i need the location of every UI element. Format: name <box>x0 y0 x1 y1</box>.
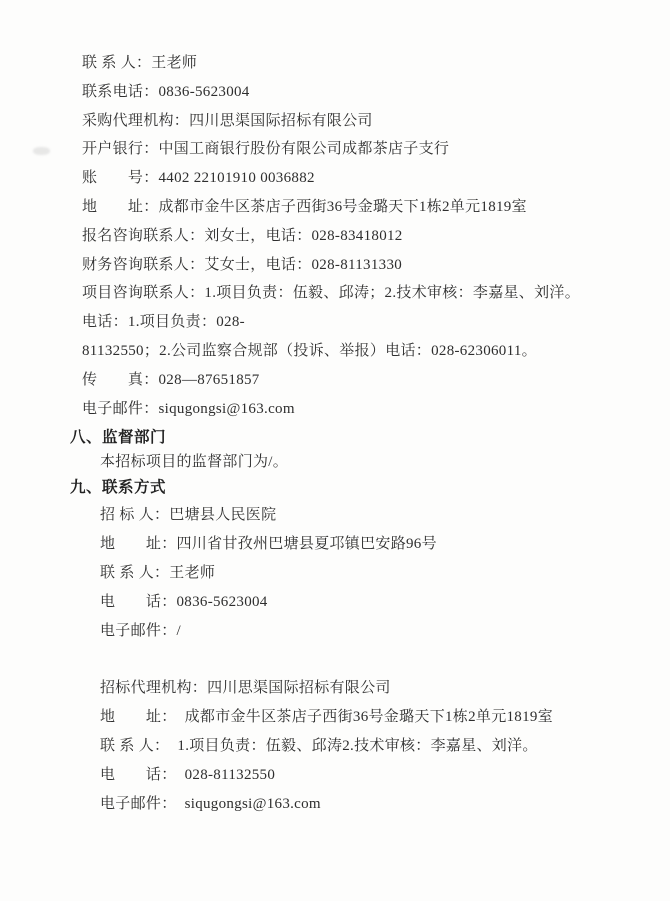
section-contact-heading: 九、联系方式 <box>70 478 166 498</box>
purchaser-agency-contact-block: 联 系 人：王老师 联系电话：0836-5623004 采购代理机构：四川思渠国… <box>82 49 580 423</box>
line-account-number: 账 号：4402 22101910 0036882 <box>82 164 580 193</box>
bidding-agency-contact-block: 招标代理机构：四川思渠国际招标有限公司 地 址： 成都市金牛区茶店子西街36号金… <box>100 674 553 819</box>
line-tenderer-name: 招 标 人：巴塘县人民医院 <box>100 501 437 530</box>
line-finance-contact: 财务咨询联系人：艾女士，电话：028-81131330 <box>82 251 580 280</box>
line-agency-name: 招标代理机构：四川思渠国际招标有限公司 <box>100 674 553 703</box>
line-phone-part2: 81132550；2.公司监察合规部（投诉、举报）电话：028-62306011… <box>82 337 580 366</box>
section-supervision-heading: 八、监督部门 <box>70 428 166 448</box>
line-phone-part1: 电话：1.项目负责：028- <box>82 308 580 337</box>
line-registration-contact: 报名咨询联系人：刘女士，电话：028-83418012 <box>82 222 580 251</box>
line-agency-address: 地 址： 成都市金牛区茶店子西街36号金璐天下1栋2单元1819室 <box>100 703 553 732</box>
line-project-contact: 项目咨询联系人：1.项目负责：伍毅、邱涛；2.技术审核：李嘉星、刘洋。 <box>82 279 580 308</box>
line-fax: 传 真：028—87651857 <box>82 366 580 395</box>
line-tenderer-phone: 电 话：0836-5623004 <box>100 588 437 617</box>
line-tenderer-address: 地 址：四川省甘孜州巴塘县夏邛镇巴安路96号 <box>100 530 437 559</box>
line-tenderer-contact: 联 系 人：王老师 <box>100 559 437 588</box>
tenderer-contact-block: 招 标 人：巴塘县人民医院 地 址：四川省甘孜州巴塘县夏邛镇巴安路96号 联 系… <box>100 501 437 646</box>
line-procurement-agency: 采购代理机构：四川思渠国际招标有限公司 <box>82 107 580 136</box>
section-supervision-body: 本招标项目的监督部门为/。 <box>100 452 288 472</box>
line-agency-contact: 联 系 人： 1.项目负责：伍毅、邱涛2.技术审核：李嘉星、刘洋。 <box>100 732 553 761</box>
line-agency-address: 地 址：成都市金牛区茶店子西街36号金璐天下1栋2单元1819室 <box>82 193 580 222</box>
line-email: 电子邮件：siqugongsi@163.com <box>82 395 580 424</box>
line-bank: 开户银行：中国工商银行股份有限公司成都茶店子支行 <box>82 135 580 164</box>
line-agency-email: 电子邮件： siqugongsi@163.com <box>100 790 553 819</box>
line-contact-person: 联 系 人：王老师 <box>82 49 580 78</box>
line-tenderer-email: 电子邮件：/ <box>100 617 437 646</box>
document-page: 联 系 人：王老师 联系电话：0836-5623004 采购代理机构：四川思渠国… <box>0 0 670 901</box>
line-contact-phone: 联系电话：0836-5623004 <box>82 78 580 107</box>
scan-smudge-artifact <box>33 147 50 155</box>
line-agency-phone: 电 话： 028-81132550 <box>100 761 553 790</box>
